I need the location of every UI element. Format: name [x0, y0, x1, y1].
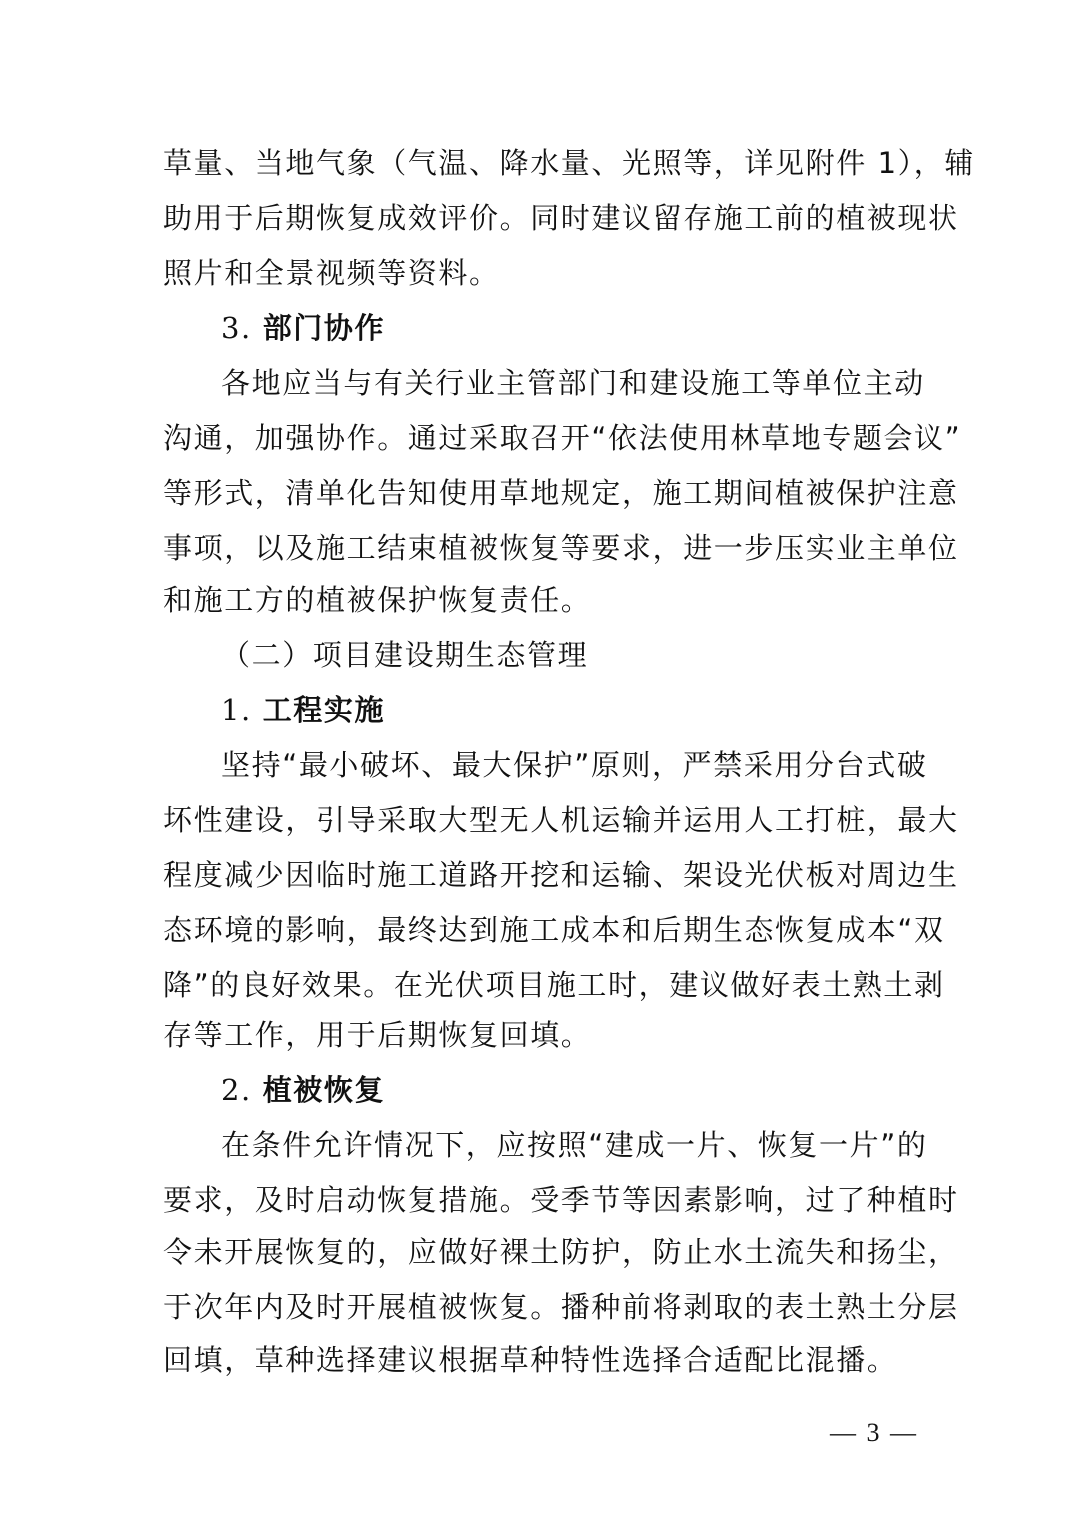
paragraph-line: 坏性建设，引导采取大型无人机运输并运用人工打桩，最大: [163, 800, 918, 840]
paragraph-line: 照片和全景视频等资料。: [163, 253, 918, 293]
section-heading-3: 3. 部门协作: [221, 308, 976, 348]
document-page: 草量、当地气象（气温、降水量、光照等，详见附件 1），辅 助用于后期恢复成效评价…: [0, 0, 1080, 1527]
paragraph-line: 令未开展恢复的，应做好裸土防护，防止水土流失和扬尘，: [163, 1232, 918, 1272]
paragraph-line: 存等工作，用于后期恢复回填。: [163, 1015, 918, 1055]
heading-number: 3.: [221, 311, 263, 345]
paragraph-line: 坚持“最小破坏、最大保护”原则，严禁采用分台式破: [221, 745, 976, 785]
paragraph-line: 程度减少因临时施工道路开挖和运输、架设光伏板对周边生: [163, 855, 918, 895]
page-number: — 3 —: [830, 1418, 918, 1448]
paragraph-line: 于次年内及时开展植被恢复。播种前将剥取的表土熟土分层: [163, 1287, 918, 1327]
subsection-heading: （二）项目建设期生态管理: [221, 635, 976, 675]
paragraph-line: 助用于后期恢复成效评价。同时建议留存施工前的植被现状: [163, 198, 918, 238]
paragraph-line: 和施工方的植被保护恢复责任。: [163, 580, 918, 620]
paragraph-line: 在条件允许情况下，应按照“建成一片、恢复一片”的: [221, 1125, 976, 1165]
heading-text: 部门协作: [263, 311, 385, 345]
heading-number: 1.: [221, 693, 263, 727]
section-heading-2: 2. 植被恢复: [221, 1070, 976, 1110]
heading-number: 2.: [221, 1073, 263, 1107]
paragraph-line: 态环境的影响，最终达到施工成本和后期生态恢复成本“双: [163, 910, 918, 950]
paragraph-line: 事项，以及施工结束植被恢复等要求，进一步压实业主单位: [163, 528, 918, 568]
paragraph-line: 草量、当地气象（气温、降水量、光照等，详见附件 1），辅: [163, 143, 918, 183]
paragraph-line: 等形式，清单化告知使用草地规定，施工期间植被保护注意: [163, 473, 918, 513]
paragraph-line: 降”的良好效果。在光伏项目施工时，建议做好表土熟土剥: [163, 965, 918, 1005]
heading-text: 植被恢复: [263, 1073, 385, 1107]
paragraph-line: 各地应当与有关行业主管部门和建设施工等单位主动: [221, 363, 976, 403]
paragraph-line: 要求，及时启动恢复措施。受季节等因素影响，过了种植时: [163, 1180, 918, 1220]
heading-text: 工程实施: [263, 693, 385, 727]
section-heading-1: 1. 工程实施: [221, 690, 976, 730]
paragraph-line: 沟通，加强协作。通过采取召开“依法使用林草地专题会议”: [163, 418, 918, 458]
paragraph-line: 回填，草种选择建议根据草种特性选择合适配比混播。: [163, 1340, 918, 1380]
